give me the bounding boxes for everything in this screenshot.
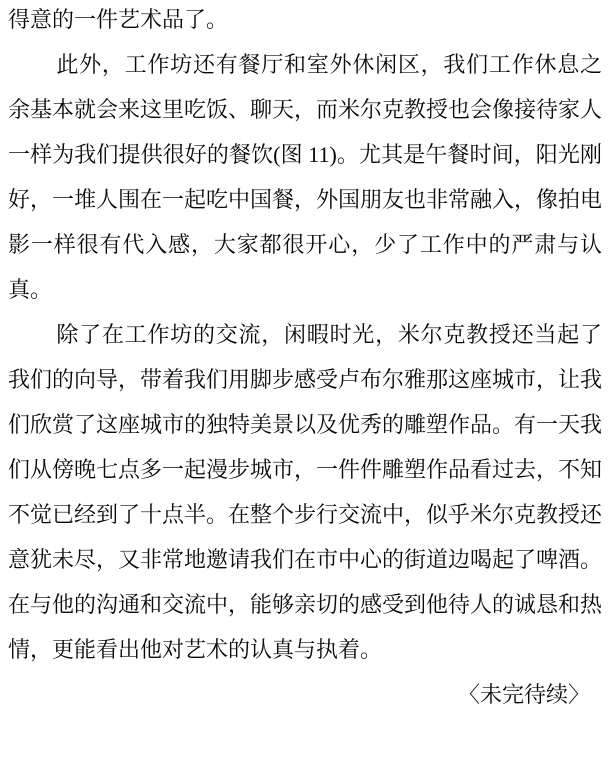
paragraph-workshop-dining: 此外，工作坊还有餐厅和室外休闲区，我们工作休息之余基本就会来这里吃饭、聊天，而米… [8, 42, 602, 312]
paragraph-continuation: 得意的一件艺术品了。 [8, 0, 602, 42]
to-be-continued-note: 〈未完待续〉 [8, 672, 602, 717]
paragraph-city-walk: 除了在工作坊的交流，闲暇时光，米尔克教授还当起了我们的向导，带着我们用脚步感受卢… [8, 312, 602, 672]
document-page: 得意的一件艺术品了。 此外，工作坊还有餐厅和室外休闲区，我们工作休息之余基本就会… [0, 0, 611, 765]
